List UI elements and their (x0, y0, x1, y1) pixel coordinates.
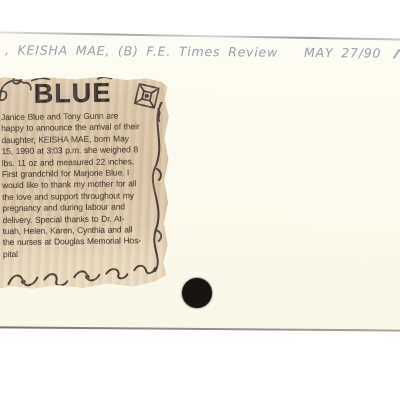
clipping-line: pregnancy and during labour and (2, 201, 153, 215)
handwritten-date: MAY 27/90 (304, 45, 381, 61)
floral-doodle-icon (0, 76, 40, 113)
clipping-line: pital (3, 247, 154, 261)
newspaper-clipping: BLUE Janice Blue and Tony Gunn are happy… (0, 74, 176, 290)
clipping-line: the love and support throughout my (2, 190, 153, 204)
scanned-card-photo: , KEISHA MAE, (B) F.E. Times ReviewMAY 2… (0, 0, 400, 400)
clipping-line: lbs. 11 oz and measured 22 inches. (2, 156, 153, 170)
clipping-line: delivery. Special thanks to Dr. At- (2, 213, 153, 227)
clipping-headline: BLUE (34, 78, 112, 110)
baby-block-icon (133, 82, 166, 122)
clipping-line: Janice Blue and Tony Gunn are (1, 110, 152, 124)
handwritten-title: , KEISHA MAE, (B) F.E. Times Review (5, 42, 278, 59)
clipping-line: 15, 1990 at 3:03 p.m. she weighed 8 (1, 144, 152, 158)
clipping-body: Janice Blue and Tony Gunn are happy to a… (1, 110, 154, 260)
clipping-line: would like to thank my mother for all (2, 178, 153, 192)
clipping-line: daughter, KEISHA MAE, born May (1, 133, 152, 147)
clipping-line: the nurses at Douglas Memorial Hos- (3, 236, 154, 250)
black-dot (182, 278, 212, 308)
clipping-line: First grandchild for Marjorie Blue. I (2, 167, 153, 181)
clipping-line: tuah, Helen, Karen, Cynthia and all (3, 224, 154, 238)
clipping-line: happy to announce the arrival of their (1, 121, 152, 135)
